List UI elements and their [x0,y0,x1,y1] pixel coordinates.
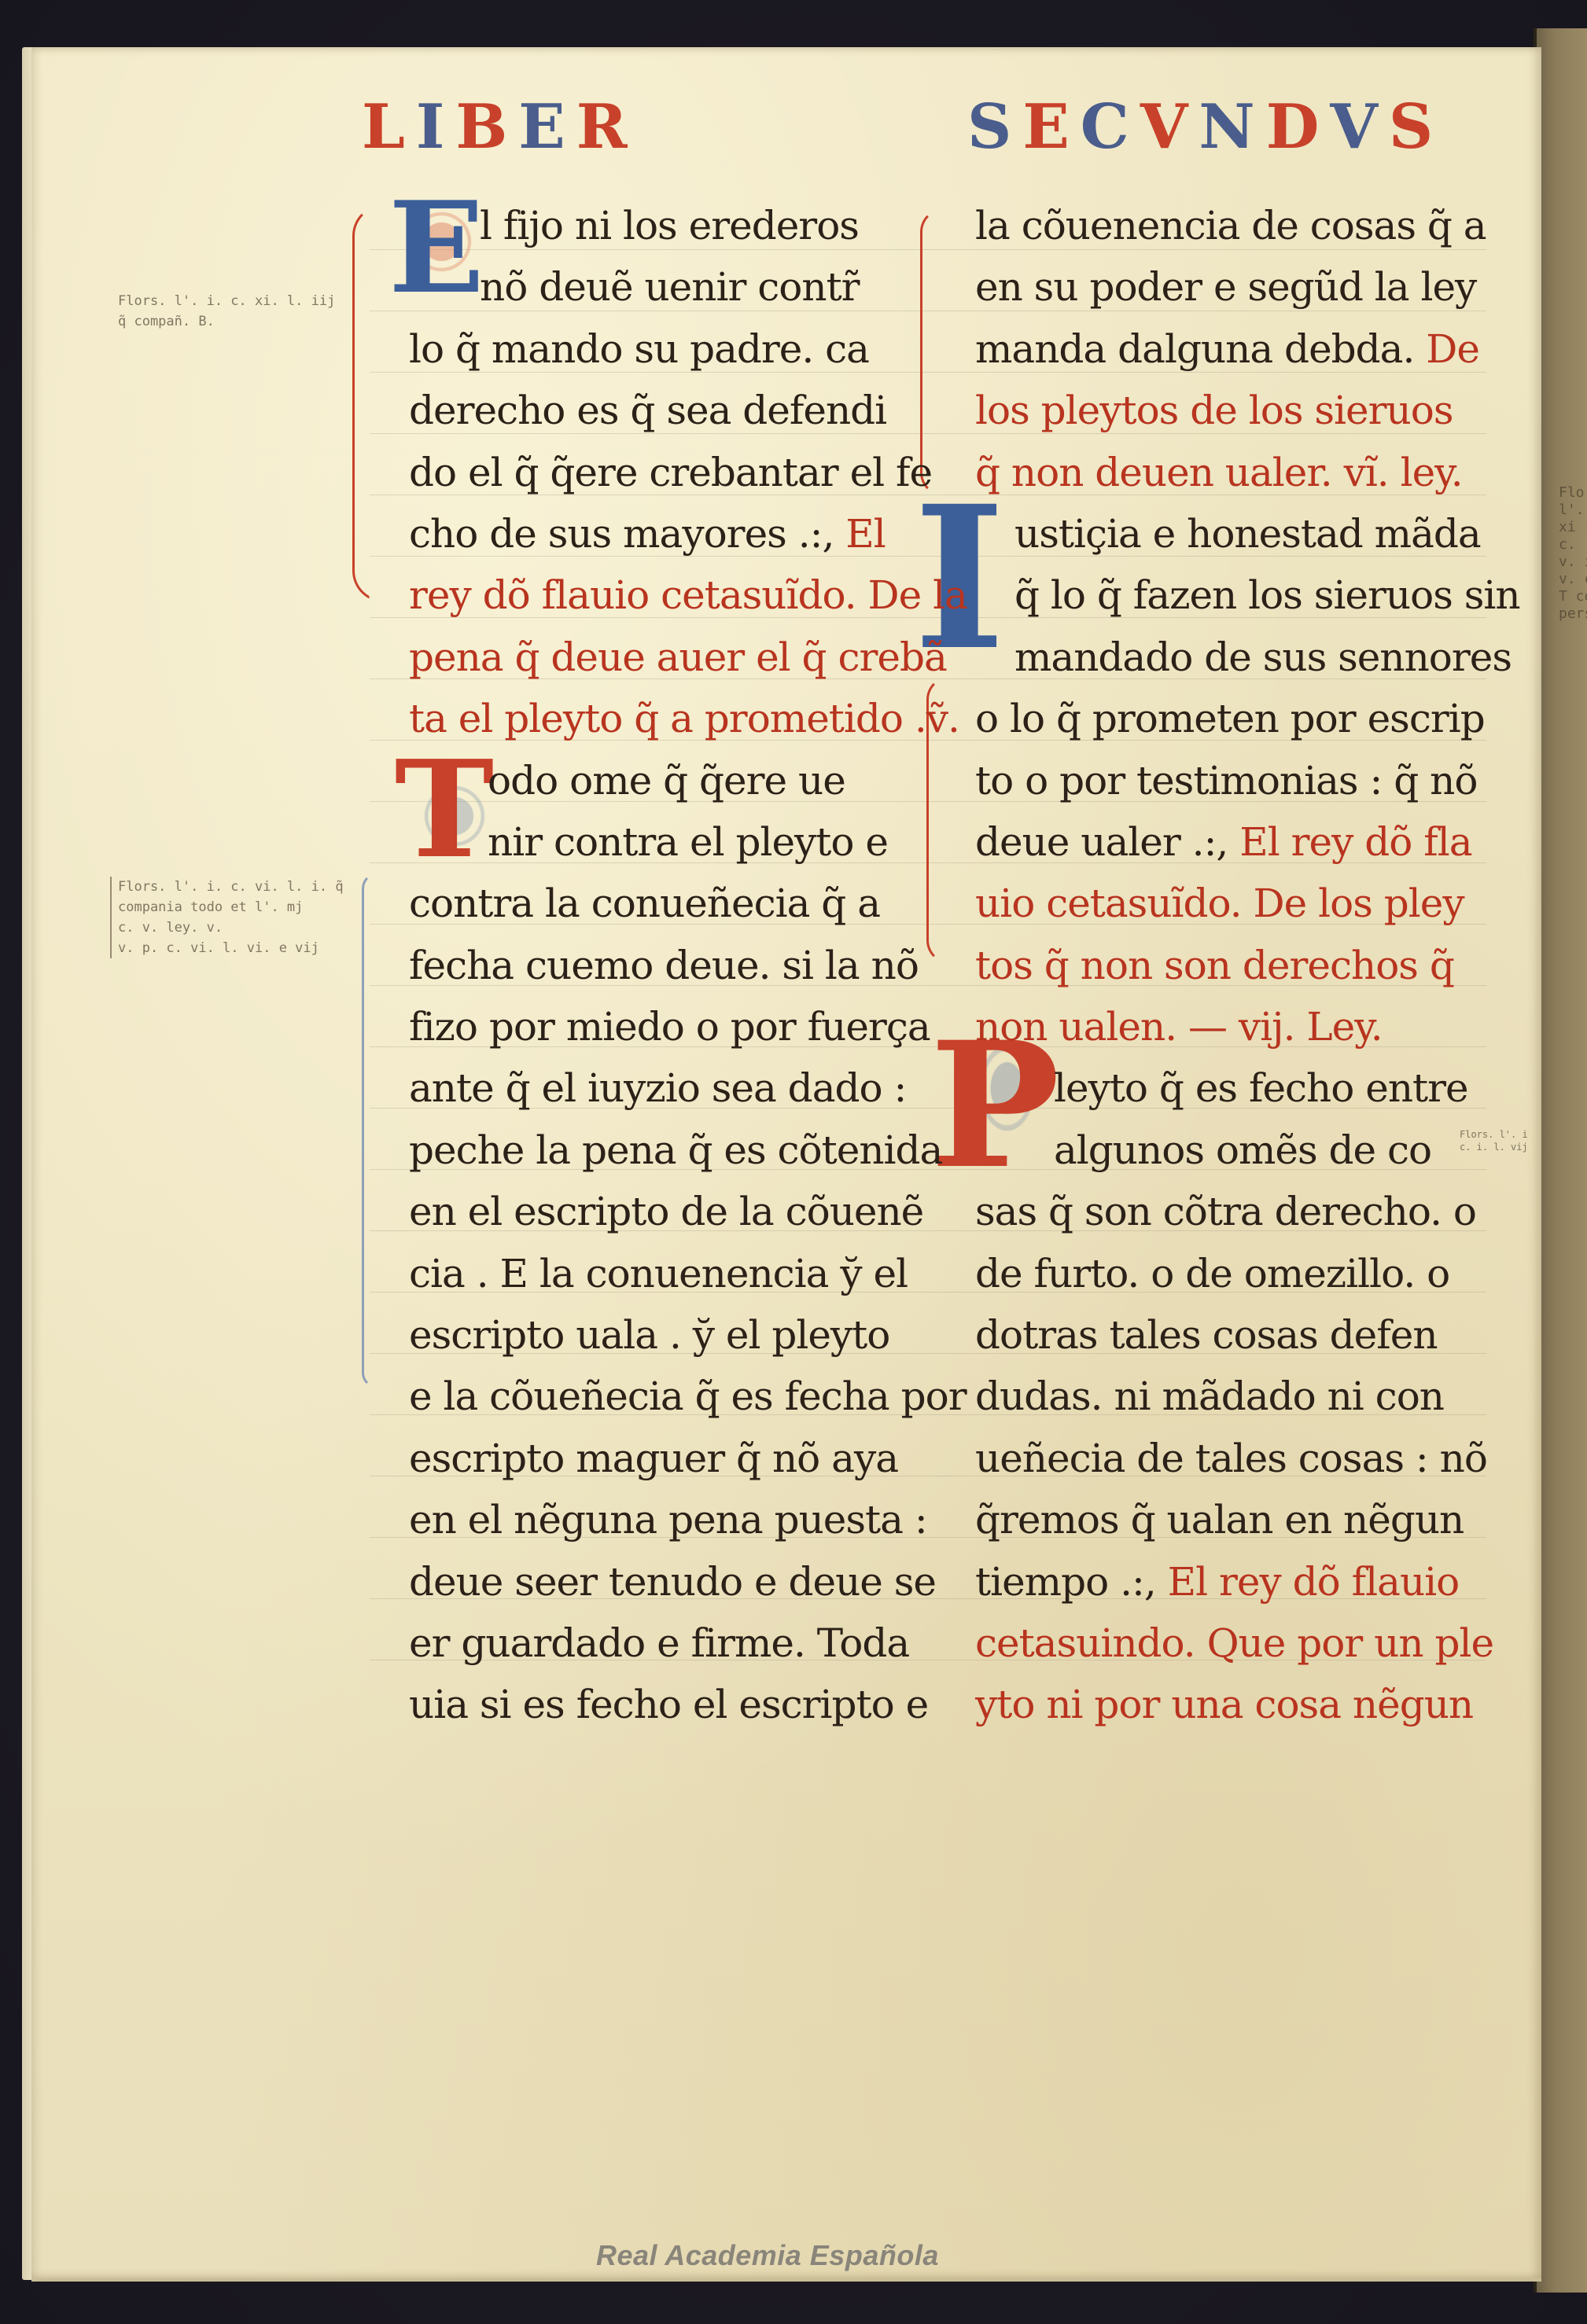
text-line-mixed: cho de sus mayores .:, El [409,503,912,564]
text-line: derecho es q̃ sea defendi [409,380,912,441]
text-line: deue seer tenudo e deue se [409,1551,912,1612]
text-line: to o por testimonias : q̃ nõ [975,750,1478,811]
text-line: algunos omẽs de co [975,1120,1478,1181]
text-line: contra la conueñecia q̃ a [409,873,912,934]
watermark-real-academia: Real Academia Española [596,2239,939,2272]
text-line: en su poder e segũd la ley [975,256,1478,318]
right-text-column: la cõuenencia de cosas q̃ a en su poder … [975,195,1478,1736]
margin-annotation-top-left: Flors. l'. i. c. xi. l. iij q̃ compañ. B… [118,291,335,332]
text-line: er guardado e firme. Toda [409,1612,912,1674]
rubric-line: q̃ non deuen ualer. vĩ. ley. [975,442,1478,503]
header-secundus: SECVNDVS [967,88,1444,167]
text-line: leyto q̃ es fecho entre [975,1057,1478,1119]
text-line: dotras tales cosas defen [975,1304,1478,1366]
text-line: q̃remos q̃ ualan en nẽgun [975,1489,1478,1550]
text-line: ustiçia e honestad mãda [975,503,1478,564]
text-line: ante q̃ el iuyzio sea dado : [409,1057,912,1119]
text-line: de furto. o de omezillo. o [975,1243,1478,1304]
text-line: l fijo ni los erederos [409,195,912,256]
text-line: e la cõueñecia q̃ es fecha por [409,1366,912,1427]
text-line: escripto uala . y̆ el pleyto [409,1304,912,1366]
running-header: LIBER SECVNDVS [346,88,1510,167]
text-line: sas q̃ son cõtra derecho. o [975,1181,1478,1242]
text-line: do el q̃ q̃ere crebantar el fe [409,442,912,503]
text-line: dudas. ni mãdado ni con [975,1366,1478,1427]
text-line: en el nẽguna pena puesta : [409,1489,912,1550]
margin-annotation-right: Flors. l'. i c. i. l. vij [1460,1128,1528,1153]
rubric-line: tos q̃ non son derechos q̃ [975,935,1478,996]
margin-annotation-middle-left: Flors. l'. i. c. vi. l. i. q̃ compania t… [110,877,344,958]
text-line: escripto maguer q̃ nõ aya [409,1428,912,1489]
rubric-line: los pleytos de los sieruos [975,380,1478,441]
text-line-mixed: manda dalguna debda. De [975,318,1478,380]
text-line: lo q̃ mando su padre. ca [409,318,912,380]
text-line: nõ deuẽ uenir contr̃ [409,256,912,318]
text-line: en el escripto de la cõuenẽ [409,1181,912,1242]
adjacent-page-edge: Flo l'. i xi - c. v. i v. c T co persa [1534,28,1587,2293]
left-text-column: l fijo ni los erederos nõ deuẽ uenir con… [409,195,912,1736]
rubric-line: rey dõ flauio cetasuĩdo. De la [409,564,912,626]
text-line: nir contra el pleyto e [409,811,912,873]
text-line: q̃ lo q̃ fazen los sieruos sin [975,564,1478,626]
rubric-line: yto ni por una cosa nẽgun [975,1674,1478,1735]
text-line-mixed: tiempo .:, El rey dõ flauio [975,1551,1478,1612]
rubric-line: uio cetasuĩdo. De los pley [975,873,1478,934]
adjacent-page-margin-note: Flo l'. i xi - c. v. i v. c T co persa [1559,484,1587,623]
rubric-line: cetasuindo. Que por un ple [975,1612,1478,1674]
text-line: la cõuenencia de cosas q̃ a [975,195,1478,256]
text-line: peche la pena q̃ es cõtenida [409,1120,912,1181]
text-line: mandado de sus sennores [975,627,1478,688]
text-line-mixed: deue ualer .:, El rey dõ fla [975,811,1478,873]
text-line: ueñecia de tales cosas : nõ [975,1428,1478,1489]
header-liber: LIBER [362,88,639,167]
text-line: uia si es fecho el escripto e [409,1674,912,1735]
text-line: fizo por miedo o por fuerça [409,996,912,1057]
text-line: cia . E la conuenencia y̆ el [409,1243,912,1304]
rubric-line: non ualen. — vij. Ley. [975,996,1478,1057]
text-line: fecha cuemo deue. si la nõ [409,935,912,996]
text-line: odo ome q̃ q̃ere ue [409,750,912,811]
text-line: o lo q̃ prometen por escrip [975,688,1478,749]
rubric-line: pena q̃ deue auer el q̃ crebã [409,627,912,688]
rubric-line: ta el pleyto q̃ a prometido .ṽ. [409,688,912,749]
